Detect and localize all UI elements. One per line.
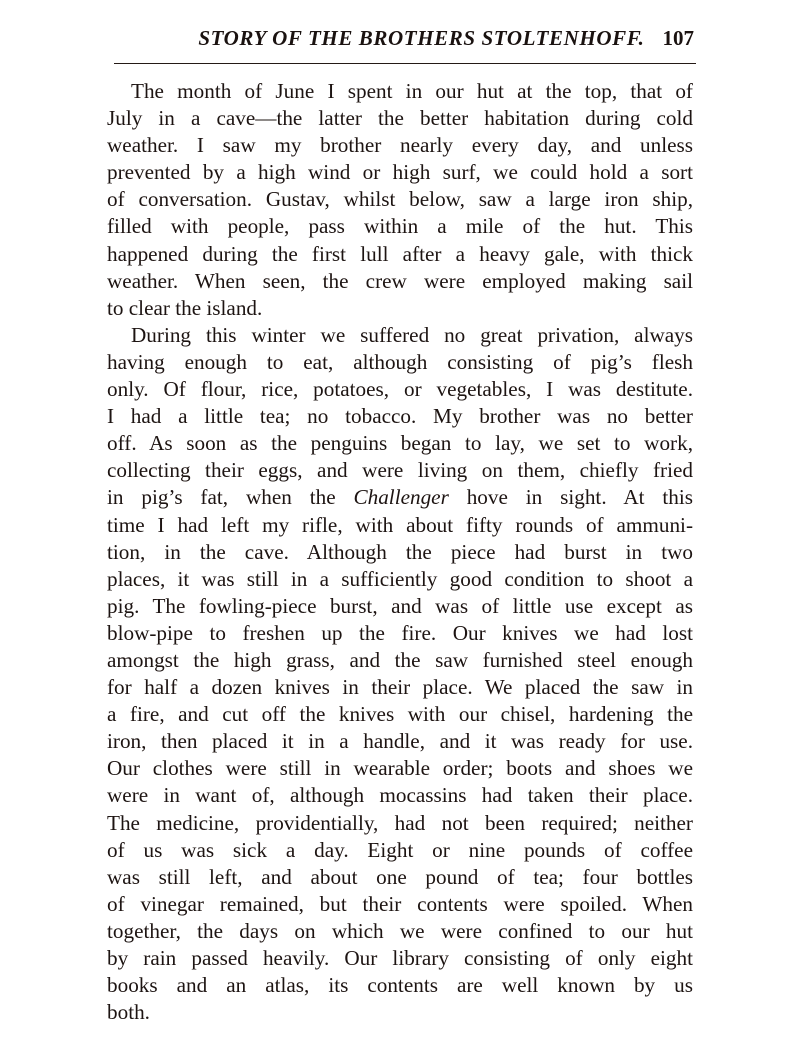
text-line: iron, then placed it in a handle, and it… bbox=[107, 728, 693, 755]
book-page: STORY OF THE BROTHERS STOLTENHOFF. 107 T… bbox=[0, 0, 800, 1050]
body-text: The month of June I spent in our hut at … bbox=[107, 78, 693, 1026]
text-line: weather. When seen, the crew were employ… bbox=[107, 268, 693, 295]
running-head: STORY OF THE BROTHERS STOLTENHOFF. 107 bbox=[108, 26, 694, 56]
paragraph-2: During this winter we suffered no great … bbox=[107, 322, 693, 1026]
text-line: books and an atlas, its contents are wel… bbox=[107, 972, 693, 999]
text-line: only. Of flour, rice, potatoes, or veget… bbox=[107, 376, 693, 403]
text-line: of us was sick a day. Eight or nine poun… bbox=[107, 837, 693, 864]
text-line: blow-pipe to freshen up the fire. Our kn… bbox=[107, 620, 693, 647]
text-line: of conversation. Gustav, whilst below, s… bbox=[107, 186, 693, 213]
line-text-after: hove in sight. At this bbox=[449, 485, 693, 509]
text-line: During this winter we suffered no great … bbox=[107, 322, 693, 349]
text-line: prevented by a high wind or high surf, w… bbox=[107, 159, 693, 186]
ship-name: Challenger bbox=[353, 485, 448, 509]
text-line: July in a cave—the latter the better hab… bbox=[107, 105, 693, 132]
text-line: The month of June I spent in our hut at … bbox=[107, 78, 693, 105]
text-line: together, the days on which we were conf… bbox=[107, 918, 693, 945]
text-line: collecting their eggs, and were living o… bbox=[107, 457, 693, 484]
text-line-with-ship-name: in pig’s fat, when the Challenger hove i… bbox=[107, 484, 693, 511]
text-line: amongst the high grass, and the saw furn… bbox=[107, 647, 693, 674]
text-line: weather. I saw my brother nearly every d… bbox=[107, 132, 693, 159]
text-line: was still left, and about one pound of t… bbox=[107, 864, 693, 891]
running-title: STORY OF THE BROTHERS STOLTENHOFF. bbox=[198, 26, 644, 51]
text-line: of vinegar remained, but their contents … bbox=[107, 891, 693, 918]
page-number: 107 bbox=[663, 26, 695, 51]
text-line: Our clothes were still in wearable order… bbox=[107, 755, 693, 782]
text-line: The medicine, providentially, had not be… bbox=[107, 810, 693, 837]
text-line: a fire, and cut off the knives with our … bbox=[107, 701, 693, 728]
text-line: both. bbox=[107, 999, 693, 1026]
text-line: tion, in the cave. Although the piece ha… bbox=[107, 539, 693, 566]
header-rule bbox=[114, 63, 696, 64]
text-line: I had a little tea; no tobacco. My broth… bbox=[107, 403, 693, 430]
paragraph-1: The month of June I spent in our hut at … bbox=[107, 78, 693, 322]
text-line: for half a dozen knives in their place. … bbox=[107, 674, 693, 701]
text-line: time I had left my rifle, with about fif… bbox=[107, 512, 693, 539]
text-line: were in want of, although mocassins had … bbox=[107, 782, 693, 809]
text-line: to clear the island. bbox=[107, 295, 693, 322]
line-text-before: in pig’s fat, when the bbox=[107, 485, 353, 509]
text-line: off. As soon as the penguins began to la… bbox=[107, 430, 693, 457]
text-line: by rain passed heavily. Our library cons… bbox=[107, 945, 693, 972]
text-line: happened during the first lull after a h… bbox=[107, 241, 693, 268]
text-line: having enough to eat, although consistin… bbox=[107, 349, 693, 376]
text-line: filled with people, pass within a mile o… bbox=[107, 213, 693, 240]
text-line: places, it was still in a sufficiently g… bbox=[107, 566, 693, 593]
text-line: pig. The fowling-piece burst, and was of… bbox=[107, 593, 693, 620]
